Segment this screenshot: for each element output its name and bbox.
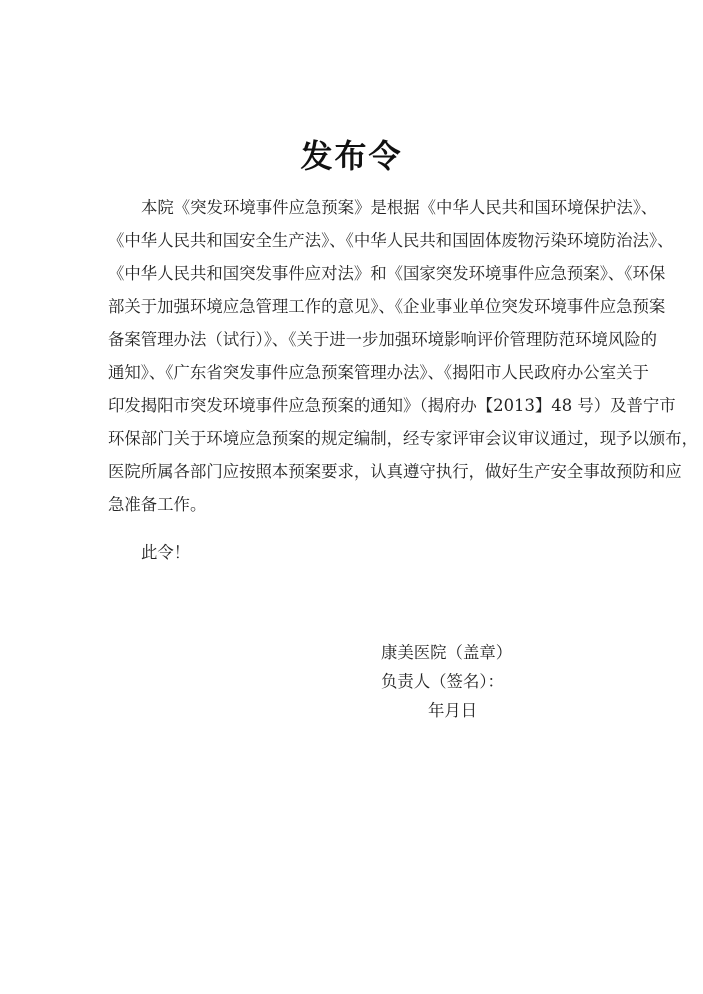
body-line-4: 部关于加强环境应急管理工作的意见》、《企业事业单位突发环境事件应急预案 xyxy=(108,296,608,318)
body-line-2: 《中华人民共和国安全生产法》、《中华人民共和国固体废物污染环境防治法》、 xyxy=(108,230,608,252)
body-line-9: 医院所属各部门应按照本预案要求，认真遵守执行，做好生产安全事故预防和应 xyxy=(108,461,608,483)
body-line-10: 急准备工作。 xyxy=(108,494,206,516)
body-line-6: 通知》、《广东省突发事件应急预案管理办法》、《揭阳市人民政府办公室关于 xyxy=(108,362,608,384)
signature-organization: 康美医院（盖章） xyxy=(381,642,512,664)
document-title: 发布令 xyxy=(0,136,703,176)
body-line-1: 本院《突发环境事件应急预案》是根据《中华人民共和国环境保护法》、 xyxy=(141,197,608,219)
document-page: 发布令 本院《突发环境事件应急预案》是根据《中华人民共和国环境保护法》、 《中华… xyxy=(0,0,703,994)
body-line-7: 印发揭阳市突发环境事件应急预案的通知》（揭府办【2013】48 号）及普宁市 xyxy=(108,395,608,417)
signature-date: 年月日 xyxy=(428,700,477,722)
body-line-5: 备案管理办法（试行）》、《关于进一步加强环境影响评价管理防范环境风险的 xyxy=(108,329,608,351)
body-line-3: 《中华人民共和国突发事件应对法》和《国家突发环境事件应急预案》、《环保 xyxy=(108,263,608,285)
body-line-8: 环保部门关于环境应急预案的规定编制，经专家评审会议审议通过，现予以颁布， xyxy=(108,428,608,450)
closing-statement: 此令！ xyxy=(141,542,190,564)
signature-responsible-person: 负责人（签名）： xyxy=(381,671,504,693)
